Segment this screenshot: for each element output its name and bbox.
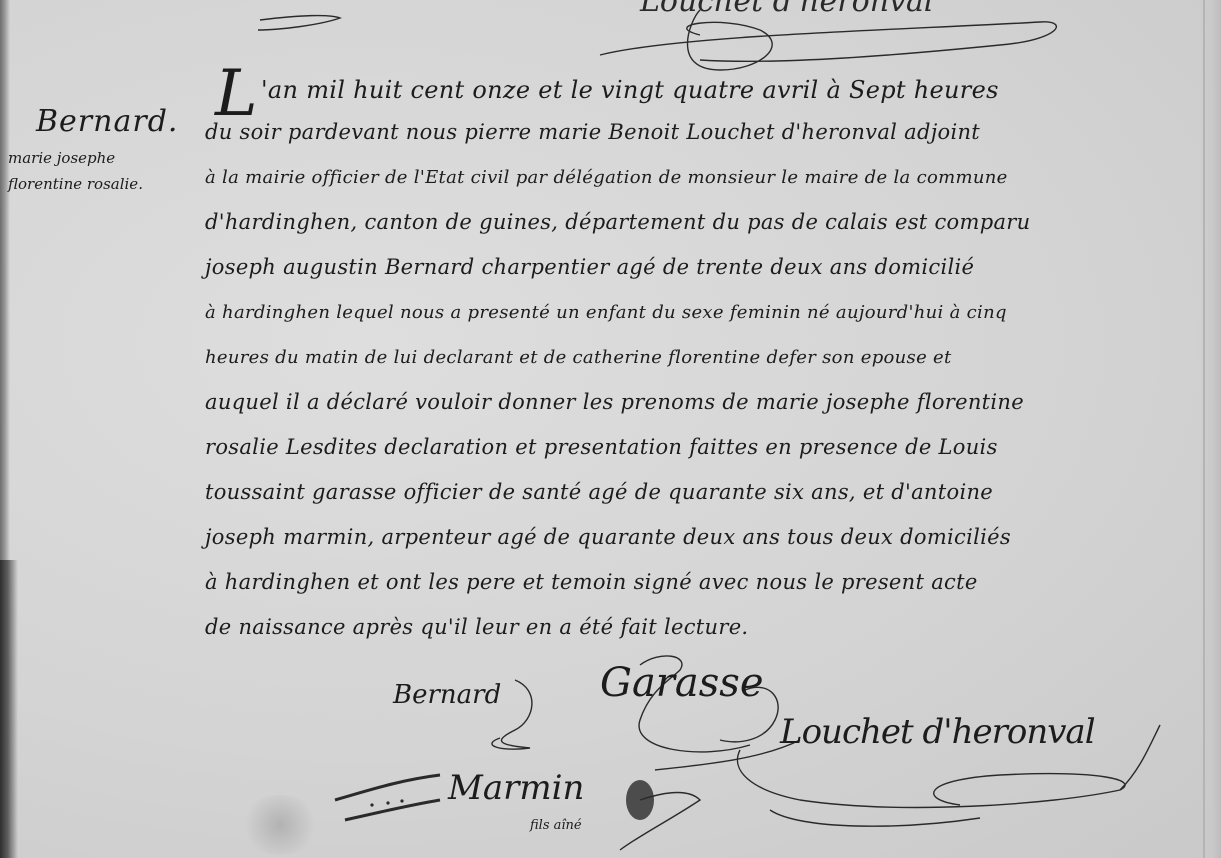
record-line: 'an mil huit cent onze et le vingt quatr… — [205, 58, 1205, 110]
margin-given-names-1: marie josephe — [8, 146, 208, 170]
signature-previous-record: Louchet d'heronval — [640, 0, 933, 19]
record-line: d'hardinghen, canton de guines, départem… — [205, 200, 1205, 245]
record-line: toussaint garasse officier de santé agé … — [205, 470, 1205, 515]
record-line: de naissance après qu'il leur en a été f… — [205, 605, 1205, 650]
record-line: rosalie Lesdites declaration et presenta… — [205, 425, 1205, 470]
signature-witness-2: Marmin — [448, 768, 584, 808]
record-line: auquel il a déclaré vouloir donner les p… — [205, 380, 1205, 425]
record-line: à hardinghen lequel nous a presenté un e… — [205, 290, 1205, 335]
ink-blot — [626, 780, 654, 820]
signature-officer: Louchet d'heronval — [780, 712, 1095, 752]
record-line: du soir pardevant nous pierre marie Beno… — [205, 110, 1205, 155]
margin-annotation: Bernard. marie josephe florentine rosali… — [8, 100, 208, 196]
page-edge-left-shadow — [0, 560, 18, 858]
paper-stain — [240, 795, 320, 855]
signature-father: Bernard — [393, 680, 501, 710]
record-body: L 'an mil huit cent onze et le vingt qua… — [205, 58, 1205, 650]
margin-given-names-2: florentine rosalie. — [8, 172, 208, 196]
signature-witness-2-note: fils aîné — [530, 818, 582, 833]
margin-surname: Bernard. — [36, 100, 208, 144]
record-line: à la mairie officier de l'Etat civil par… — [205, 155, 1205, 200]
record-initial: L — [215, 54, 258, 134]
record-line: joseph augustin Bernard charpentier agé … — [205, 245, 1205, 290]
signature-witness-1: Garasse — [600, 660, 764, 706]
record-line: joseph marmin, arpenteur agé de quarante… — [205, 515, 1205, 560]
top-paraph — [600, 22, 1056, 61]
record-line: à hardinghen et ont les pere et temoin s… — [205, 560, 1205, 605]
document-page: Louchet d'heronval Bernard. marie joseph… — [0, 0, 1221, 858]
record-line: heures du matin de lui declarant et de c… — [205, 335, 1205, 380]
